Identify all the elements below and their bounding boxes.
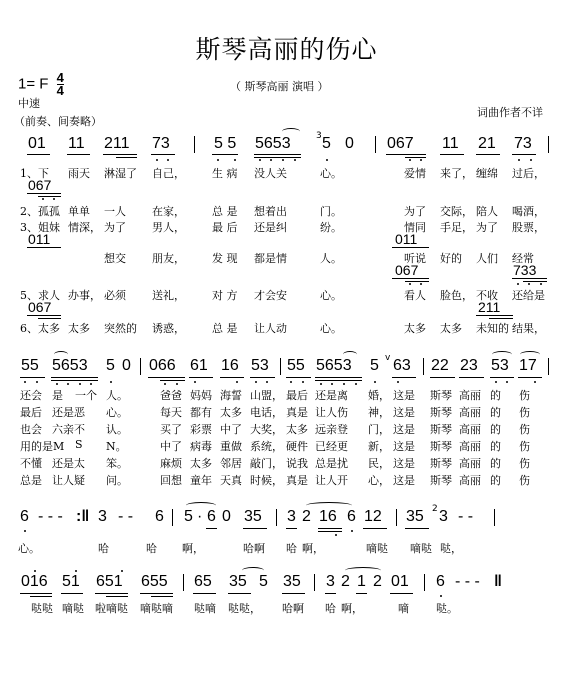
lyric: 伤 — [519, 438, 530, 454]
time-sig-denominator: 4 — [57, 85, 64, 97]
lyric: 必须 — [104, 287, 126, 303]
lyric: 让人疑 — [52, 472, 85, 488]
lyric: 没人关 — [254, 165, 287, 181]
note: 5 — [259, 573, 268, 591]
lyric: 斯琴 — [430, 421, 452, 437]
song-title: 斯琴高丽的伤心 — [0, 30, 573, 66]
lyric: 用的是M — [20, 438, 64, 454]
lyric: 让人开 — [315, 472, 348, 488]
lyric: 还会 — [20, 387, 42, 403]
lyric: 人们 — [476, 250, 498, 266]
breath-mark: v — [385, 353, 390, 363]
dot: · — [197, 508, 202, 526]
note-group: 211 — [104, 135, 130, 153]
lyric: 雨天 — [68, 165, 90, 181]
note: 3 — [439, 508, 448, 526]
lyric: 太多 — [286, 421, 308, 437]
lyric: 都是情 — [254, 250, 287, 266]
lyric: 看人 — [404, 287, 426, 303]
lyric: 自己， — [152, 165, 185, 181]
note: 5 — [184, 508, 193, 526]
note: 2 — [373, 573, 382, 591]
lyric: 妈妈 — [190, 387, 212, 403]
lyric: 好的 — [440, 250, 462, 266]
lyric: 彩票 — [190, 421, 212, 437]
lyric: 每天 — [160, 404, 182, 420]
lyric: 婚， — [368, 387, 390, 403]
dash: - - — [118, 508, 133, 526]
lyric: 未知的 — [476, 320, 509, 336]
lyric: 说我 — [286, 455, 308, 471]
lyric: 过后， — [512, 165, 545, 181]
note: 3 — [98, 508, 107, 526]
lyric: 哒哒， — [228, 600, 261, 616]
lyric: 真是 — [286, 472, 308, 488]
alt-note-group: 211 — [478, 299, 500, 315]
note-group: 23 — [460, 357, 478, 375]
lyric: 哒哒 — [31, 600, 53, 616]
barline — [276, 509, 277, 526]
note-group: 16 — [319, 508, 337, 526]
note: 6 — [436, 573, 445, 591]
lyric: 总是 — [20, 472, 42, 488]
lyric: 太多 — [190, 455, 212, 471]
lyric: 高丽 — [459, 387, 481, 403]
tempo-marking: 中速 — [18, 95, 40, 111]
rest: 0 — [222, 508, 231, 526]
lyric: 突然的 — [104, 320, 137, 336]
time-signature: 4 4 — [57, 72, 64, 97]
lyric: 手足， — [440, 219, 473, 235]
lyric: 总是扰 — [315, 455, 348, 471]
lyric: 都有 — [190, 404, 212, 420]
alt-note-group: 067 — [395, 262, 418, 278]
lyric: 神， — [368, 404, 390, 420]
note-group: 63 — [393, 357, 411, 375]
lyric: 麻烦 — [160, 455, 182, 471]
lyric: 病毒 — [190, 438, 212, 454]
lyric: 心。 — [320, 165, 342, 181]
note-group: 61 — [190, 357, 208, 375]
lyric: 脸色， — [440, 287, 473, 303]
note-group: 5 5 — [214, 135, 236, 153]
lyric: 伤 — [519, 404, 530, 420]
lyric: 门， — [368, 421, 390, 437]
lyric: 伤 — [519, 472, 530, 488]
note: 2 — [341, 573, 350, 591]
note-group: 016 — [21, 573, 48, 591]
lyric: 在家， — [152, 203, 185, 219]
lyric: 门。 — [320, 203, 342, 219]
note-group: 17 — [519, 357, 537, 375]
lyric: 为了 — [476, 219, 498, 235]
lyric: 嘀哒 — [410, 540, 432, 556]
note-group: 35 — [406, 508, 424, 526]
note: 5 — [370, 357, 379, 375]
barline — [183, 574, 184, 591]
lyric: 诱惑， — [152, 320, 185, 336]
lyric: 对 方 — [212, 287, 238, 303]
lyric: 情深， — [68, 219, 101, 235]
lyric: 啊， — [302, 540, 324, 556]
lyric: 哒。 — [436, 600, 458, 616]
note-group: 655 — [141, 573, 168, 591]
lyric: 办事， — [68, 287, 101, 303]
lyric: 这是 — [393, 455, 415, 471]
note-group: 01 — [28, 135, 46, 153]
lyric: 结果， — [512, 320, 545, 336]
barline — [494, 509, 495, 526]
lyric: 缠绵 — [476, 165, 498, 181]
final-barline: ‖ — [494, 573, 502, 591]
note-group: 11 — [442, 135, 459, 153]
barline — [548, 136, 549, 153]
verse-row-4: 用的是M S N。 中了 病毒 重做 系统， 硬件 已经更 新， 这是 斯琴 高… — [0, 438, 573, 454]
lyric: 硬件 — [286, 438, 308, 454]
composer-credit: 词曲作者不详 — [477, 104, 543, 120]
lyric: 男人， — [152, 219, 185, 235]
rest: 0 — [345, 135, 354, 153]
note-group: 12 — [364, 508, 382, 526]
dash: - - - — [38, 508, 63, 526]
lyric: 买了 — [160, 421, 182, 437]
note-group: 16 — [221, 357, 239, 375]
lyric: S — [75, 438, 83, 451]
lyric: 的 — [490, 472, 501, 488]
dash: - - - — [455, 573, 480, 591]
lyric: 一人 — [104, 203, 126, 219]
lyric: 斯琴 — [430, 387, 452, 403]
lyric: 海誓 — [220, 387, 242, 403]
lyric: 让人动 — [254, 320, 287, 336]
lyric: 最后 — [286, 387, 308, 403]
note-group: 65 — [194, 573, 212, 591]
lyric: 纷。 — [320, 219, 342, 235]
verse-row-6: 总是 让人疑 问。 回想 童年 天真 时候， 真是 让人开 心， 这是 斯琴 高… — [0, 472, 573, 488]
lyric: 陪人 — [476, 203, 498, 219]
note-group: 5653 — [316, 357, 352, 375]
verse-row-3: 也会 六亲不 认。 买了 彩票 中了 大奖， 太多 远亲登 门， 这是 斯琴 高… — [0, 421, 573, 437]
lyric: 远亲登 — [315, 421, 348, 437]
barline — [140, 358, 141, 375]
lyric: 是 — [52, 387, 63, 403]
lyric: 哈 — [98, 540, 109, 556]
lyric: 哈 — [286, 540, 297, 556]
lyric: 也会 — [20, 421, 42, 437]
lyric: 嘀 — [398, 600, 409, 616]
lyric: 的 — [490, 438, 501, 454]
barline — [314, 574, 315, 591]
lyric: 淋湿了 — [104, 165, 137, 181]
lyric: 让人伤 — [315, 404, 348, 420]
note-group: 22 — [431, 357, 449, 375]
grace-note: 3 — [316, 131, 322, 141]
note-group: 51 — [62, 573, 80, 591]
lyric: 笨。 — [106, 455, 128, 471]
rest: 0 — [122, 357, 131, 375]
lyric: 发 现 — [212, 250, 238, 266]
lyric: 回想 — [160, 472, 182, 488]
lyric: 这是 — [393, 421, 415, 437]
system-2-verses: 还会 是 一个 人。 爸爸 妈妈 海誓 山盟， 最后 还是离 婚， 这是 斯琴 … — [0, 387, 573, 487]
lyric: 心， — [368, 472, 390, 488]
lyric: 高丽 — [459, 404, 481, 420]
lyric: 电话， — [250, 404, 283, 420]
lyric: 敲门， — [250, 455, 283, 471]
lyric: 还给是 — [512, 287, 545, 303]
barline — [375, 136, 376, 153]
lyric: 时候， — [250, 472, 283, 488]
lyric: 伤 — [519, 421, 530, 437]
note: 6 — [347, 508, 356, 526]
lyric: 认。 — [106, 421, 128, 437]
lyric: N。 — [106, 438, 127, 454]
lyric: 交际， — [440, 203, 473, 219]
lyric: 还是太 — [52, 455, 85, 471]
note-group: 066 — [149, 357, 176, 375]
note: 6 — [155, 508, 164, 526]
lyric: 斯琴 — [430, 455, 452, 471]
note-group: 35 — [229, 573, 247, 591]
note-group: 55 — [21, 357, 39, 375]
note: 5 — [322, 135, 331, 153]
lyric: 爸爸 — [160, 387, 182, 403]
lyric: 最 后 — [212, 219, 238, 235]
lyric: 嘀哒嘀 — [140, 600, 173, 616]
lyric: 这是 — [393, 438, 415, 454]
lyric: 系统， — [250, 438, 283, 454]
lyric: 真是 — [286, 404, 308, 420]
barline — [548, 358, 549, 375]
lyric: 童年 — [190, 472, 212, 488]
lyric: 伤 — [519, 455, 530, 471]
lyric: 还是恶 — [52, 404, 85, 420]
lyric: 这是 — [393, 387, 415, 403]
lyric: 斯琴 — [430, 404, 452, 420]
lyric: 太多 — [404, 320, 426, 336]
note: 1 — [357, 573, 366, 591]
lyric: 邻居 — [220, 455, 242, 471]
lyric: 的 — [490, 421, 501, 437]
note-group: 651 — [96, 573, 123, 591]
note-group: 35 — [283, 573, 301, 591]
note: 3 — [326, 573, 335, 591]
lyric: 想着出 — [254, 203, 287, 219]
lyric: 高丽 — [459, 438, 481, 454]
lyric: 心。 — [18, 540, 40, 556]
note: 6 — [207, 508, 216, 526]
alt-note-group: 011 — [28, 231, 50, 247]
lyric: 中了 — [220, 421, 242, 437]
note: 2 — [302, 508, 311, 526]
lyric: 喝酒， — [512, 203, 545, 219]
barline — [280, 358, 281, 375]
note-group: 01 — [391, 573, 409, 591]
barline — [194, 136, 195, 153]
lyric: 爱情 — [404, 165, 426, 181]
lyric: 不懂 — [20, 455, 42, 471]
lyric: 这是 — [393, 404, 415, 420]
lyric: 新， — [368, 438, 390, 454]
lyric: 啊， — [341, 600, 363, 616]
lyric: 伤 — [519, 387, 530, 403]
lyric: 还是离 — [315, 387, 348, 403]
barline — [423, 358, 424, 375]
lyric: 重做 — [220, 438, 242, 454]
lyric: 斯琴 — [430, 438, 452, 454]
key-label: 1= F — [18, 75, 48, 92]
verse-row-2: 最后 还是恶 心。 每天 都有 太多 电话， 真是 让人伤 神， 这是 斯琴 高… — [0, 404, 573, 420]
lyric: 哈啊 — [282, 600, 304, 616]
note-group: 21 — [478, 135, 496, 153]
barline — [424, 574, 425, 591]
prelude-note: （前奏、间奏略） — [14, 113, 102, 129]
lyric: 的 — [490, 455, 501, 471]
grace-note: 2 — [432, 504, 438, 514]
lyric: 啦嘀哒 — [95, 600, 128, 616]
lyric: 哈啊 — [243, 540, 265, 556]
lyric: 斯琴 — [430, 472, 452, 488]
alt-note-group: 067 — [28, 299, 51, 315]
lyric: 为了 — [104, 219, 126, 235]
lyric: 天真 — [220, 472, 242, 488]
lyric: 2、孤孤 — [20, 203, 60, 219]
lyric: 嘀哒 — [62, 600, 84, 616]
lyric: 心。 — [320, 320, 342, 336]
alt-note-group: 011 — [395, 231, 417, 247]
lyric: 为了 — [404, 203, 426, 219]
note-group: 53 — [251, 357, 269, 375]
note: 3 — [287, 508, 296, 526]
barline — [396, 509, 397, 526]
lyric: 朋友， — [152, 250, 185, 266]
lyric: 人。 — [106, 387, 128, 403]
lyric: 山盟， — [250, 387, 283, 403]
lyric: 啊， — [182, 540, 204, 556]
note-group: 35 — [244, 508, 262, 526]
lyric: 高丽 — [459, 455, 481, 471]
lyric: 还是纠 — [254, 219, 287, 235]
lyric: 总 是 — [212, 320, 238, 336]
lyric: 总 是 — [212, 203, 238, 219]
lyric: 来了， — [440, 165, 473, 181]
verse-row-1: 还会 是 一个 人。 爸爸 妈妈 海誓 山盟， 最后 还是离 婚， 这是 斯琴 … — [0, 387, 573, 403]
lyric: 中了 — [160, 438, 182, 454]
key-signature: 1= F 4 4 — [18, 72, 64, 97]
lyric: 六亲不 — [52, 421, 85, 437]
singer-credit: （ 斯琴高丽 演唱 ） — [230, 78, 329, 94]
barline — [172, 509, 173, 526]
lyric: 哒嘀 — [194, 600, 216, 616]
dash: - - — [458, 508, 473, 526]
lyric: 想交 — [104, 250, 126, 266]
note-group: 55 — [287, 357, 305, 375]
lyric: 最后 — [20, 404, 42, 420]
lyric: 这是 — [393, 472, 415, 488]
lyric: 问。 — [106, 472, 128, 488]
lyric: 太多 — [68, 320, 90, 336]
lyric: 的 — [490, 404, 501, 420]
lyric: 生 病 — [212, 165, 238, 181]
lyric: 单单 — [68, 203, 90, 219]
note-group: 73 — [514, 135, 532, 153]
lyric: 的 — [490, 387, 501, 403]
alt-note-group: 067 — [28, 177, 51, 193]
note-group: 11 — [68, 135, 85, 153]
lyric: 已经更 — [315, 438, 348, 454]
lyric: 太多 — [440, 320, 462, 336]
lyric: 哒， — [440, 540, 462, 556]
lyric: 心。 — [106, 404, 128, 420]
lyric: 股票， — [512, 219, 545, 235]
note: 6 — [20, 508, 29, 526]
lyric: 人。 — [320, 250, 342, 266]
note-group: 53 — [491, 357, 509, 375]
lyric: 高丽 — [459, 472, 481, 488]
lyric: 民， — [368, 455, 390, 471]
lyric: 6、太多 — [20, 320, 60, 336]
note-group: 067 — [387, 135, 414, 153]
lyric: 一个 — [75, 387, 97, 403]
verse-row-5: 不懂 还是太 笨。 麻烦 太多 邻居 敲门， 说我 总是扰 民， 这是 斯琴 高… — [0, 455, 573, 471]
repeat-end: :‖ — [76, 508, 89, 526]
lyric: 心。 — [320, 287, 342, 303]
lyric: 太多 — [220, 404, 242, 420]
note-group: 5653 — [255, 135, 291, 153]
lyric: 高丽 — [459, 421, 481, 437]
lyric: 哈 — [146, 540, 157, 556]
note: 5 — [106, 357, 115, 375]
note-group: 5653 — [52, 357, 88, 375]
note-group: 73 — [152, 135, 170, 153]
alt-note-group: 733 — [513, 262, 536, 278]
lyric: 送礼， — [152, 287, 185, 303]
lyric: 哈 — [325, 600, 336, 616]
lyric: 大奖， — [250, 421, 283, 437]
lyric: 嘀哒 — [366, 540, 388, 556]
lyric: 才会安 — [254, 287, 287, 303]
